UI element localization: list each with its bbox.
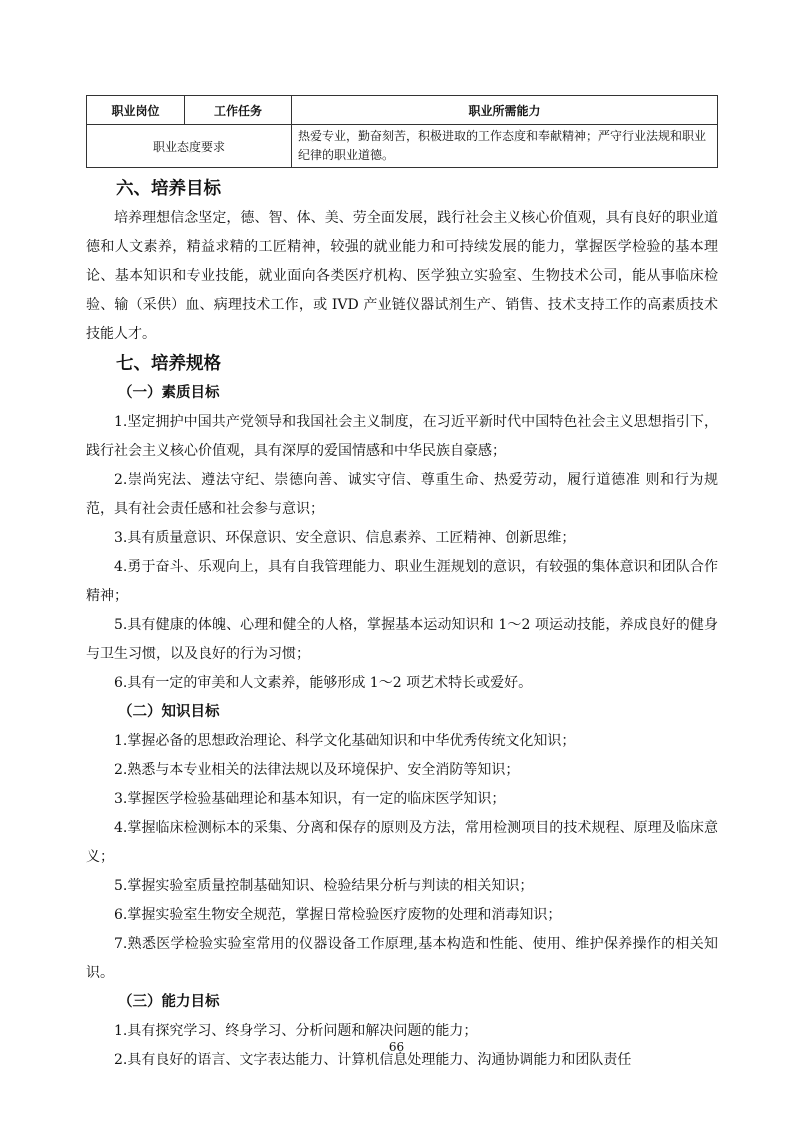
ability-goals-title: （三）能力目标 — [86, 988, 718, 1017]
list-item: 6.掌握实验室生物安全规范，掌握日常检验医疗废物的处理和消毒知识； — [86, 901, 718, 930]
list-item: 4.勇于奋斗、乐观向上，具有自我管理能力、职业生涯规划的意识，有较强的集体意识和… — [86, 553, 718, 611]
section-6-title: 六、培养目标 — [86, 174, 718, 204]
attitude-requirement-text: 热爱专业，勤奋刻苦，积极进取的工作态度和奉献精神；严守行业法规和职业纪律的职业道… — [292, 125, 718, 168]
list-item: 5.具有健康的体魄、心理和健全的人格，掌握基本运动知识和 1～2 项运动技能，养… — [86, 611, 718, 669]
list-item: 5.掌握实验室质量控制基础知识、检验结果分析与判读的相关知识； — [86, 872, 718, 901]
list-item: 4.掌握临床检测标本的采集、分离和保存的原则及方法，常用检测项目的技术规程、原理… — [86, 814, 718, 872]
list-item: 3.掌握医学检验基础理论和基本知识，有一定的临床医学知识； — [86, 785, 718, 814]
list-item: 2.熟悉与本专业相关的法律法规以及环境保护、安全消防等知识； — [86, 756, 718, 785]
section-6-paragraph: 培养理想信念坚定，德、智、体、美、劳全面发展，践行社会主义核心价值观，具有良好的… — [86, 204, 718, 349]
quality-goals-title: （一）素质目标 — [86, 379, 718, 408]
career-ability-table: 职业岗位 工作任务 职业所需能力 职业态度要求 热爱专业，勤奋刻苦，积极进取的工… — [86, 95, 718, 168]
header-required-ability: 职业所需能力 — [292, 96, 718, 125]
list-item: 1.掌握必备的思想政治理论、科学文化基础知识和中华优秀传统文化知识； — [86, 727, 718, 756]
table-row: 职业态度要求 热爱专业，勤奋刻苦，积极进取的工作态度和奉献精神；严守行业法规和职… — [87, 125, 718, 168]
attitude-requirement-label: 职业态度要求 — [87, 125, 292, 168]
list-item: 3.具有质量意识、环保意识、安全意识、信息素养、工匠精神、创新思维； — [86, 524, 718, 553]
page-number: 66 — [0, 1040, 793, 1054]
list-item: 7.熟悉医学检验实验室常用的仪器设备工作原理,基本构造和性能、使用、维护保养操作… — [86, 930, 718, 988]
table-header-row: 职业岗位 工作任务 职业所需能力 — [87, 96, 718, 125]
header-work-task: 工作任务 — [185, 96, 292, 125]
section-7-title: 七、培养规格 — [86, 349, 718, 379]
list-item: 2.崇尚宪法、遵法守纪、崇德向善、诚实守信、尊重生命、热爱劳动，履行道德准 则和… — [86, 466, 718, 524]
header-career-post: 职业岗位 — [87, 96, 185, 125]
list-item: 6.具有一定的审美和人文素养，能够形成 1～2 项艺术特长或爱好。 — [86, 669, 718, 698]
list-item: 1.坚定拥护中国共产党领导和我国社会主义制度，在习近平新时代中国特色社会主义思想… — [86, 408, 718, 466]
document-page: 职业岗位 工作任务 职业所需能力 职业态度要求 热爱专业，勤奋刻苦，积极进取的工… — [86, 95, 718, 1075]
knowledge-goals-title: （二）知识目标 — [86, 698, 718, 727]
